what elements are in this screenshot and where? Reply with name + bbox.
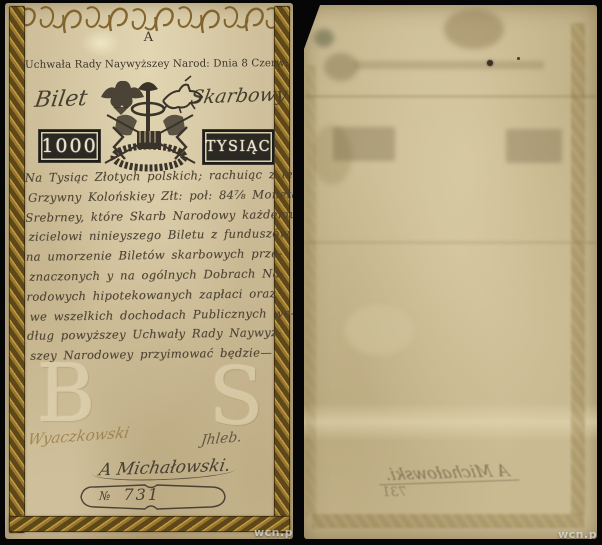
serial-showthrough: 731 [382, 485, 407, 500]
serial-number-cartouche: № 731 [77, 482, 229, 512]
pogon-horseman-icon [163, 76, 202, 113]
title-bilet: Bilet [33, 86, 89, 113]
rope-border-left [9, 6, 25, 533]
banknote-front: A Uchwała Rady Naywyższey Narod: Dnia 8 … [5, 3, 293, 539]
ink-speck [517, 57, 520, 60]
border-showthrough-bottom [312, 514, 584, 528]
decree-header: Uchwała Rady Naywyższey Narod: Dnia 8 Cz… [25, 57, 277, 71]
wcn-credit-watermark: wcn.pl [558, 528, 597, 539]
denomination-numeral: 1000 [41, 135, 97, 157]
fold-crease-light [304, 403, 597, 441]
header-showthrough [354, 61, 544, 69]
fold-crease [304, 241, 597, 244]
fold-crease [304, 95, 597, 98]
coat-of-arms-emblem [93, 75, 207, 173]
serial-number: 731 [123, 485, 160, 504]
obligation-text: Na Tysiąc Złotych polskich; rachuiąc z i… [25, 165, 278, 366]
banknote-back: A Michałowski. 731 wcn.pl [304, 5, 597, 539]
eagle-icon [101, 81, 144, 115]
stain [444, 9, 504, 49]
denomination-word: TYSIĄC [206, 139, 271, 155]
denomination-numeral-plate: 1000 [38, 129, 101, 163]
wcn-credit-watermark: wcn.pl [254, 526, 293, 539]
signature-commissioner: A Michałowski. [91, 455, 238, 482]
denomination-word-plate: TYSIĄC [202, 129, 275, 165]
series-letter: A [5, 30, 293, 45]
border-showthrough-right [571, 23, 585, 515]
light-patch [344, 305, 414, 355]
serial-label: № [99, 489, 110, 503]
signature-right: Jhleb. [200, 429, 243, 449]
stain-green [314, 29, 334, 47]
numeral-plate-showthrough [333, 127, 395, 161]
border-showthrough-left [306, 65, 316, 515]
signature-showthrough: A Michałowski. [375, 461, 520, 486]
banknote-auction-photo: A Uchwała Rady Naywyższey Narod: Dnia 8 … [0, 0, 602, 545]
word-plate-showthrough [506, 129, 562, 163]
pinhole [487, 60, 493, 66]
rope-border-bottom [9, 516, 290, 532]
stain [324, 53, 358, 81]
